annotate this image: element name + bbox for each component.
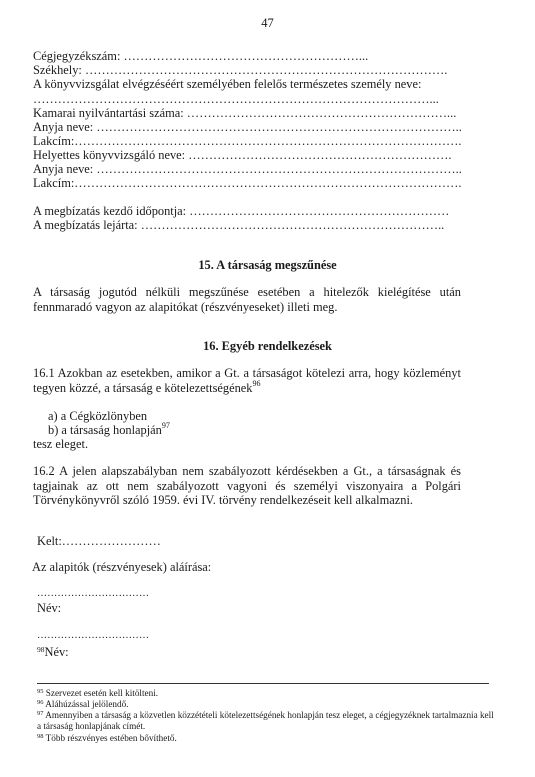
footnote-text: Több részvényes estében bővíthető. xyxy=(46,733,177,743)
fill-in-dots: …………………………………………………... xyxy=(120,49,368,63)
field-mandate-start: A megbízatás kezdő időpontja: …………………………… xyxy=(33,204,461,218)
field-company-registry-number: Cégjegyzékszám: …………………………………………………... xyxy=(33,49,461,63)
signature-name-2: 98Név: xyxy=(37,645,69,659)
field-label: A megbízatás lejárta: xyxy=(33,218,138,232)
footnote-ref-97[interactable]: 97 xyxy=(162,421,170,430)
list-item-a: a) a Cégközlönyben xyxy=(48,409,147,423)
list-item-text: b) a társaság honlapján xyxy=(48,423,162,437)
field-mother-name: Anyja neve: …………………………………………………………………………… xyxy=(33,120,461,134)
signature-name-1: Név: xyxy=(37,601,61,615)
footnote-97: 97 Amennyiben a társaság a közvetlen köz… xyxy=(37,710,497,732)
fill-in-dots: ……………………………………………………………….. xyxy=(138,218,445,232)
signature-line-1: …………………………… xyxy=(37,587,149,601)
field-responsible-person-dots: ……………………………………………………………………………………... xyxy=(33,92,461,106)
founders-signature-label: Az alapitók (részvényesek) aláírása: xyxy=(32,560,211,574)
section-16-heading: 16. Egyéb rendelkezések xyxy=(0,339,535,354)
section-16-1-paragraph: 16.1 Azokban az esetekben, amikor a Gt. … xyxy=(33,366,461,395)
fill-in-dots: ……………………………………………………………………………... xyxy=(93,162,461,176)
footnote-text: Amennyiben a társaság a közvetlen közzét… xyxy=(37,710,494,731)
fill-in-dots: ………………………………………………………………………………….. xyxy=(74,134,461,148)
footnote-separator xyxy=(37,683,489,684)
list-item-b: b) a társaság honlapján97 xyxy=(48,423,170,437)
field-address: Lakcím:………………………………………………………………………………….. xyxy=(33,134,461,148)
field-responsible-person-label: A könyvvizsgálat elvégzéséért személyébe… xyxy=(33,77,461,91)
field-deputy-auditor-name: Helyettes könyvvizsgáló neve: …………………………… xyxy=(33,148,461,162)
name-label: Név: xyxy=(45,645,69,659)
footnote-number: 95 xyxy=(37,688,44,695)
footnote-95: 95 Szervezet esetén kell kitölteni. xyxy=(37,688,497,699)
section-15-paragraph: A társaság jogutód nélküli megszűnése es… xyxy=(33,285,461,314)
fill-in-dots: ………………………………………………………………………………….. xyxy=(74,176,461,190)
footnote-number: 96 xyxy=(37,699,44,706)
footnote-text: Aláhúzással jelölendő. xyxy=(45,699,128,709)
fill-in-dots: ……………………………………………………………………………... xyxy=(93,120,461,134)
field-label: Anyja neve: xyxy=(33,162,93,176)
field-label: Anyja neve: xyxy=(33,120,93,134)
footnote-number: 97 xyxy=(37,710,44,717)
field-deputy-address: Lakcím:………………………………………………………………………………….. xyxy=(33,176,461,190)
field-label: Székhely: xyxy=(33,63,82,77)
field-label: A megbízatás kezdő időpontja: xyxy=(33,204,186,218)
fill-in-dots: ……………………………………………………… xyxy=(186,204,449,218)
footnote-98: 98 Több részvényes estében bővíthető. xyxy=(37,733,497,744)
field-label: Lakcím: xyxy=(33,176,74,190)
section-16-1-end: tesz eleget. xyxy=(33,437,461,451)
field-label: Kamarai nyilvántartási száma: xyxy=(33,106,184,120)
field-mandate-end: A megbízatás lejárta: ………………………………………………… xyxy=(33,218,461,232)
fill-in-dots: ………………………………………………………. xyxy=(185,148,451,162)
fill-in-dots: ………………………………………………………... xyxy=(184,106,457,120)
fill-in-dots: ……………………………………………………………………………. xyxy=(82,63,448,77)
page-number: 47 xyxy=(0,16,535,31)
field-chamber-registration-number: Kamarai nyilvántartási száma: …………………………… xyxy=(33,106,461,120)
field-label: A könyvvizsgálat elvégzéséért személyébe… xyxy=(33,77,421,91)
footnote-ref-98[interactable]: 98 xyxy=(37,645,45,654)
field-label: Lakcím: xyxy=(33,134,74,148)
field-seat: Székhely: ……………………………………………………………………………. xyxy=(33,63,461,77)
field-label: Cégjegyzékszám: xyxy=(33,49,120,63)
section-16-2-paragraph: 16.2 A jelen alapszabályban nem szabályo… xyxy=(33,464,461,508)
date-field: Kelt:…………………… xyxy=(37,534,161,548)
field-label: Helyettes könyvvizsgáló neve: xyxy=(33,148,185,162)
signature-line-2: …………………………… xyxy=(37,629,149,643)
footnote-96: 96 Aláhúzással jelölendő. xyxy=(37,699,497,710)
footnote-ref-96[interactable]: 96 xyxy=(252,379,260,388)
field-deputy-mother-name: Anyja neve: …………………………………………………………………………… xyxy=(33,162,461,176)
list-item-text: a) a Cégközlönyben xyxy=(48,409,147,423)
section-15-heading: 15. A társaság megszűnése xyxy=(0,258,535,273)
footnote-number: 98 xyxy=(37,733,44,740)
footnote-text: Szervezet esetén kell kitölteni. xyxy=(46,688,158,698)
fill-in-dots: ……………………………………………………………………………………... xyxy=(33,92,439,106)
paragraph-text: 16.1 Azokban az esetekben, amikor a Gt. … xyxy=(33,366,461,395)
